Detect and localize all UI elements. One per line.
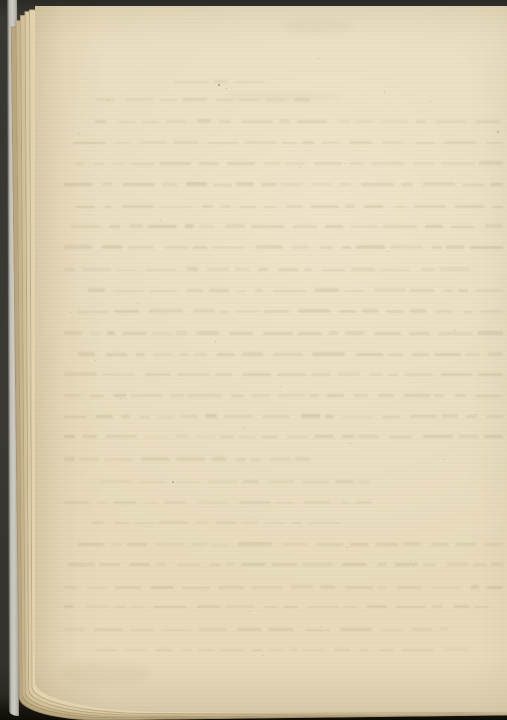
document-page: blank verso page, aged paper, ink bleed-… [35,6,507,712]
scanned-page-view: blank verso page, aged paper, ink bleed-… [0,0,507,720]
